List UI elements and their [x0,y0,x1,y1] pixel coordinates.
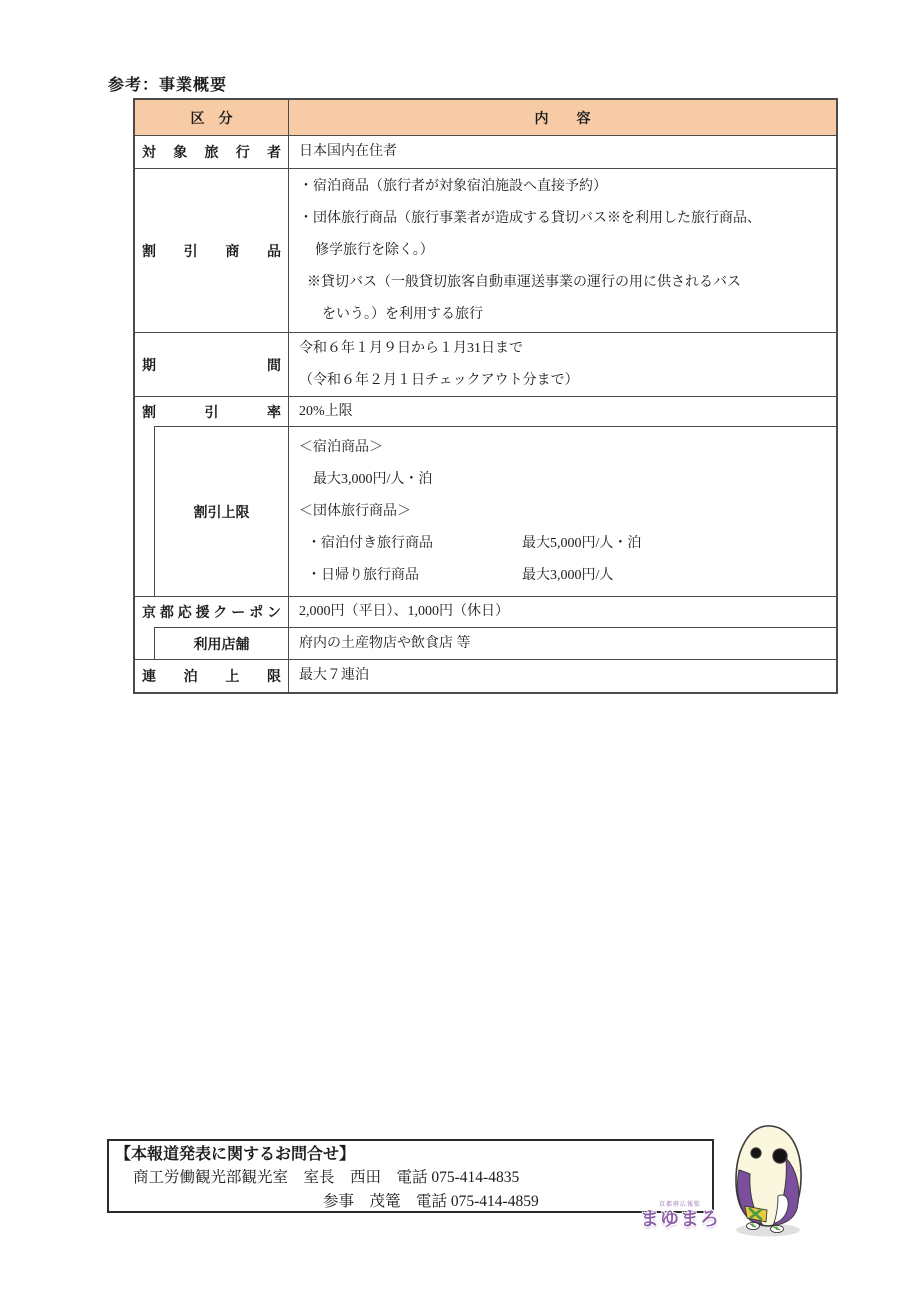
row-label: 期間 [142,355,281,375]
mascot-illustration [722,1122,818,1240]
page-title: 参考：事業概要 [108,72,227,95]
header-category-label: 区 分 [142,108,281,128]
table-row-coupon: 京都応援クーポン 2,000円（平日）、1,000円（休日） [135,596,836,627]
row-value-line: ＜団体旅行商品＞ [289,496,830,528]
cap-amount: 最大3,000円/人 [522,560,613,592]
contact-line-1: 商工労働観光部観光室 室長 西田 電話 075-414-4835 [133,1166,704,1190]
row-value: 20%上限 [289,396,830,428]
row-value-line: ・宿泊付き旅行商品 最大5,000円/人・泊 [289,528,830,560]
row-value-line: ・宿泊商品（旅行者が対象宿泊施設へ直接予約） [289,171,830,203]
row-value-line: ・団体旅行商品（旅行事業者が造成する貸切バス※を利用した旅行商品、 [289,203,830,235]
row-value-line: ※貸切バス（一般貸切旅客自動車運送事業の運行の用に供されるバス [289,267,830,299]
table-row-stores: 利用店舗 府内の土産物店や飲食店 等 [135,627,836,659]
row-value: 府内の土産物店や飲食店 等 [289,628,830,660]
row-label: 割引上限 [155,502,288,522]
mascot-character [722,1122,818,1240]
row-value: 2,000円（平日）、1,000円（休日） [289,596,830,628]
table-row-nights: 連泊上限 最大７連泊 [135,659,836,692]
table-row-cap: 割引上限 ＜宿泊商品＞ 最大3,000円/人・泊 ＜団体旅行商品＞ ・宿泊付き旅… [135,426,836,596]
row-value-line: をいう。）を利用する旅行 [289,299,830,331]
row-value-line: 修学旅行を除く。） [289,235,830,267]
row-value-line: 最大3,000円/人・泊 [289,464,830,496]
row-label: 割引商品 [142,241,281,261]
header-content-cell: 内 容 [289,100,836,135]
row-value: 日本国内在住者 [289,136,830,168]
indent-gutter [135,627,154,659]
table-header-row: 区 分 内 容 [135,100,836,135]
header-category-cell: 区 分 [135,100,289,135]
table-row-products: 割引商品 ・宿泊商品（旅行者が対象宿泊施設へ直接予約） ・団体旅行商品（旅行事業… [135,168,836,332]
row-value-line: ＜宿泊商品＞ [289,432,830,464]
document-page: { "doc": { "title": "参考：事業概要" }, "table"… [0,0,920,1300]
mascot-name-label: まゆまろ [640,1209,720,1230]
row-value-line: ・日帰り旅行商品 最大3,000円/人 [289,560,830,592]
row-value: 最大７連泊 [289,660,830,692]
table-row-period: 期間 令和６年１月９日から１月31日まで （令和６年２月１日チェックアウト分まで… [135,332,836,396]
row-value-line: （令和６年２月１日チェックアウト分まで） [289,365,830,397]
row-label: 京都応援クーポン [142,602,281,622]
mascot-logo: 京都府広報監 まゆまろ [630,1202,730,1231]
cap-amount: 最大5,000円/人・泊 [522,528,641,560]
row-value-line: 令和６年１月９日から１月31日まで [289,333,830,365]
contact-box: 【本報道発表に関するお問合せ】 商工労働観光部観光室 室長 西田 電話 075-… [107,1139,714,1213]
row-label: 割引率 [142,402,281,422]
table-row-travelers: 対象旅行者 日本国内在住者 [135,135,836,168]
mascot-title-label: 京都府広報監 [630,1202,730,1209]
contact-heading: 【本報道発表に関するお問合せ】 [115,1144,704,1166]
table-row-rate: 割引率 20%上限 [135,396,836,426]
row-label: 利用店舗 [155,634,288,654]
cap-item: ・日帰り旅行商品 [307,560,522,592]
indent-gutter [135,426,154,596]
header-content-label: 内 容 [289,108,836,128]
row-label: 対象旅行者 [142,142,281,162]
row-label: 連泊上限 [142,666,281,686]
overview-table: 区 分 内 容 対象旅行者 日本国内在住者 割引商品 ・宿泊商品（旅行者が対象宿… [133,98,838,694]
cap-item: ・宿泊付き旅行商品 [307,528,522,560]
